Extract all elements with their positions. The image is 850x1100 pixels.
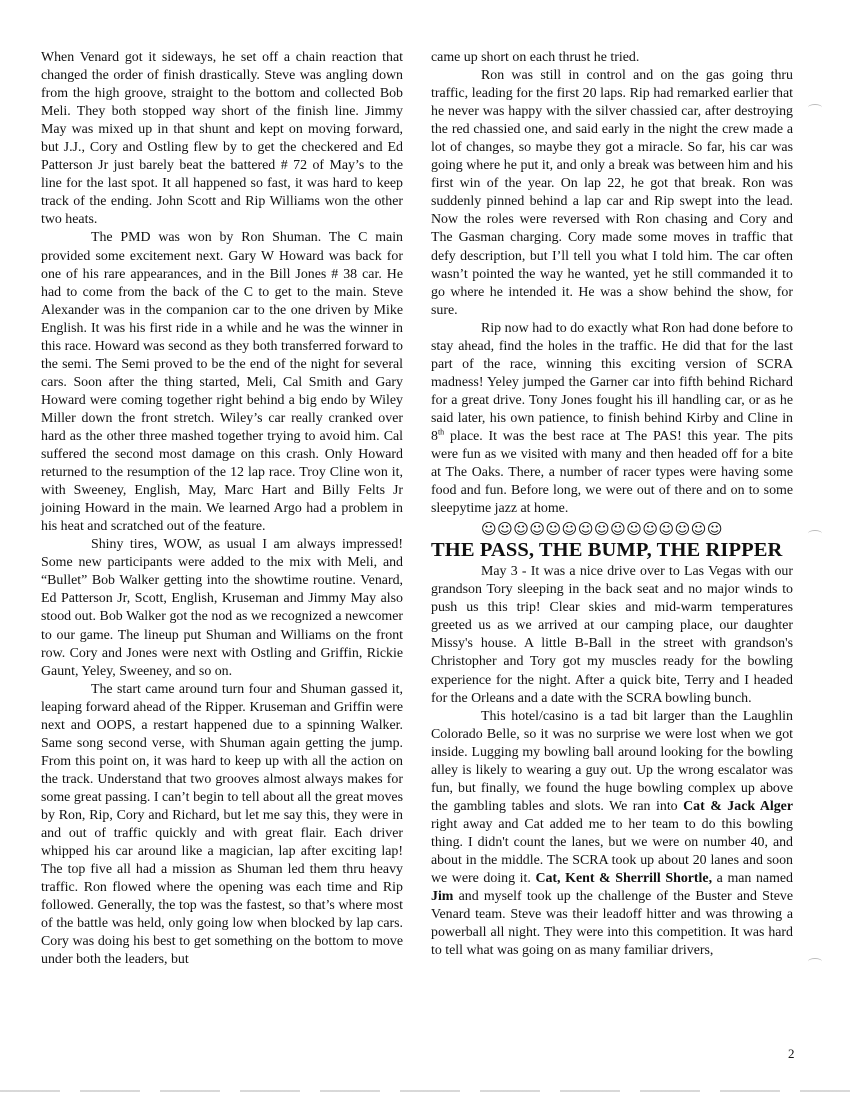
- paragraph-las-vegas-drive: May 3 - It was a nice drive over to Las …: [431, 563, 793, 707]
- rip-text-1: Rip now had to do exactly what Ron had d…: [431, 321, 793, 444]
- scan-mark: [808, 104, 822, 111]
- section-heading: THE PASS, THE BUMP, THE RIPPER: [431, 539, 793, 561]
- paragraph-continuation: came up short on each thrust he tried.: [431, 49, 793, 67]
- paragraph-shiny-tires: Shiny tires, WOW, as usual I am always i…: [41, 536, 403, 680]
- name-cat-kent-sherrill: Cat, Kent & Sherrill Shortle,: [535, 871, 712, 886]
- scan-mark: [808, 530, 822, 537]
- rip-text-2: place. It was the best race at The PAS! …: [431, 429, 793, 516]
- hotel-text-3: a man named: [712, 871, 793, 886]
- right-column: came up short on each thrust he tried. R…: [431, 49, 793, 960]
- name-jim: Jim: [431, 889, 453, 904]
- scan-edge-divider: [0, 1090, 850, 1092]
- hotel-text-4: and myself took up the challenge of the …: [431, 889, 793, 958]
- newsletter-page: When Venard got it sideways, he set off …: [0, 0, 850, 1100]
- paragraph-ron-control: Ron was still in control and on the gas …: [431, 67, 793, 320]
- paragraph-c-main-semi: The PMD was won by Ron Shuman. The C mai…: [41, 229, 403, 536]
- smiley-divider-icon: ☺☺☺☺☺☺☺☺☺☺☺☺☺☺☺: [481, 520, 793, 538]
- scan-mark: [808, 958, 822, 965]
- paragraph-hotel-casino: This hotel/casino is a tad bit larger th…: [431, 708, 793, 961]
- paragraph-rip-wins: Rip now had to do exactly what Ron had d…: [431, 320, 793, 519]
- left-column: When Venard got it sideways, he set off …: [41, 49, 403, 969]
- paragraph-main-start: The start came around turn four and Shum…: [41, 681, 403, 970]
- paragraph-heat-results: When Venard got it sideways, he set off …: [41, 49, 403, 229]
- name-cat-jack-alger: Cat & Jack Alger: [683, 799, 793, 814]
- page-number: 2: [788, 1046, 795, 1062]
